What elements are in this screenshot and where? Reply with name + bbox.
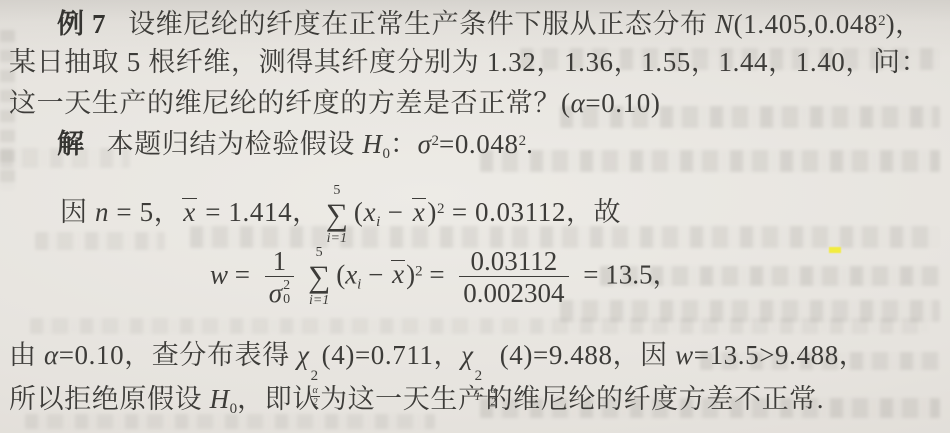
sentence-period: . [526, 129, 533, 159]
fraction-denominator: 0.002304 [459, 276, 568, 308]
sum-sign: ∑ [308, 260, 330, 294]
alpha-value: =0.10) [585, 88, 660, 118]
given-text: 因 [60, 197, 95, 227]
hypothesis-value: =0.048 [439, 129, 519, 159]
minus-sign: − [361, 259, 390, 289]
equals-sign: = [228, 259, 257, 289]
scanned-textbook-page: 例 7设维尼纶的纤度在正常生产条件下服从正态分布 N(1.405,0.0482)… [0, 0, 950, 433]
x-symbol: x [345, 259, 357, 289]
lookup-text: =0.10，查分布表得 [59, 340, 297, 370]
x-symbol: x [363, 197, 376, 227]
fraction-numerator: 1 [269, 246, 291, 276]
hypothesis-colon: ： [390, 129, 418, 159]
distribution-params: (1.405,0.048 [734, 9, 878, 39]
problem-line-2: 某日抽取 5 根纤维，测得其纤度分别为 1.32，1.36，1.55，1.44，… [0, 45, 950, 79]
square-exponent: 2 [415, 263, 423, 279]
w-symbol: w [210, 259, 228, 289]
sigma-sub-sup-stack: 20 [283, 279, 290, 308]
fraction-denominator: σ20 [265, 276, 294, 308]
w-statistic-formula: w = 1σ205∑i=1(xi − x)2 = 0.031120.002304… [210, 246, 680, 308]
n-value: = 5， [109, 197, 181, 227]
summation-operator: 5∑i=1 [326, 184, 348, 246]
sigma-exponent: 2 [283, 279, 290, 294]
chi-value: (4)=9.488，因 [500, 340, 675, 370]
distribution-exponent: 2 [878, 13, 886, 29]
hypothesis-H-symbol: H [210, 384, 230, 414]
equals-sign: = [423, 259, 452, 289]
sigma-subscript: 0 [283, 293, 290, 308]
sum-sign: ∑ [326, 198, 348, 232]
distribution-close: )， [886, 9, 923, 39]
example-label: 例 7 [57, 9, 106, 39]
sum-lower-limit: i=1 [309, 294, 329, 308]
given-values-line: 因 n = 5，x = 1.414，5∑i=1(xi − x)2 = 0.031… [0, 184, 950, 246]
one-over-sigma-fraction: 1σ20 [265, 246, 294, 308]
w-result-value: 13.5， [605, 259, 679, 289]
chi-symbol: χ [297, 340, 309, 370]
problem-line-1: 例 7设维尼纶的纤度在正常生产条件下服从正态分布 N(1.405,0.0482)… [0, 4, 950, 41]
bleed-through-stripe [30, 318, 930, 334]
fraction-numerator: 0.03112 [467, 246, 562, 276]
minus-sign: − [380, 197, 411, 227]
question-text: 这一天生产的维尼纶的纤度的方差是否正常？( [9, 88, 571, 118]
solution-label: 解 [57, 129, 85, 159]
close-paren: ) [406, 259, 415, 289]
normal-distribution-symbol: N [715, 9, 734, 39]
sum-upper-limit: 5 [333, 184, 340, 198]
hypothesis-H-symbol: H [362, 129, 382, 159]
sigma-symbol: σ [418, 129, 432, 159]
final-conclusion-line: 所以拒绝原假设 H0，即认为这一天生产的维尼纶的纤度方差不正常. [0, 382, 950, 426]
reject-text: 所以拒绝原假设 [9, 384, 210, 414]
hypothesis-value-exponent: 2 [519, 133, 527, 149]
open-paren: ( [336, 259, 345, 289]
highlight-mark [829, 247, 841, 253]
conclusion-sentence: ，即认为这一天生产的维尼纶的纤度方差不正常. [237, 384, 824, 414]
x-bar-symbol: x [181, 195, 198, 229]
sum-lower-limit: i=1 [327, 232, 347, 246]
sample-values-text: 某日抽取 5 根纤维，测得其纤度分别为 1.32，1.36，1.55，1.44，… [9, 47, 928, 77]
x-bar-value: = 1.414， [198, 197, 320, 227]
comparison-text: =13.5>9.488， [694, 340, 867, 370]
numeric-fraction: 0.031120.002304 [459, 246, 568, 308]
conclusion-text: 由 [9, 340, 44, 370]
equals-sign: = [577, 259, 606, 289]
chi-symbol: χ [461, 340, 473, 370]
problem-intro-text: 设维尼纶的纤度在正常生产条件下服从正态分布 [128, 9, 715, 39]
solution-line-1: 解本题归结为检验假设 H0：σ2=0.0482. [0, 124, 950, 171]
close-paren: ) [427, 197, 437, 227]
sigma-exponent: 2 [432, 133, 440, 149]
summation-operator: 5∑i=1 [308, 246, 330, 308]
alpha-symbol: α [571, 88, 586, 118]
alpha-symbol: α [44, 340, 59, 370]
n-symbol: n [95, 197, 109, 227]
chi-value: (4)=0.711， [322, 340, 461, 370]
w-symbol: w [675, 340, 694, 370]
sigma-symbol: σ [269, 278, 282, 308]
problem-line-3: 这一天生产的维尼纶的纤度的方差是否正常？(α=0.10) [0, 86, 950, 120]
x-bar-symbol: x [390, 257, 406, 291]
hypothesis-H-subscript: 0 [382, 146, 390, 162]
hypothesis-setup-text: 本题归结为检验假设 [107, 129, 363, 159]
sum-upper-limit: 5 [316, 246, 323, 260]
sum-value-text: = 0.03112，故 [444, 197, 621, 227]
x-bar-symbol: x [411, 195, 428, 229]
